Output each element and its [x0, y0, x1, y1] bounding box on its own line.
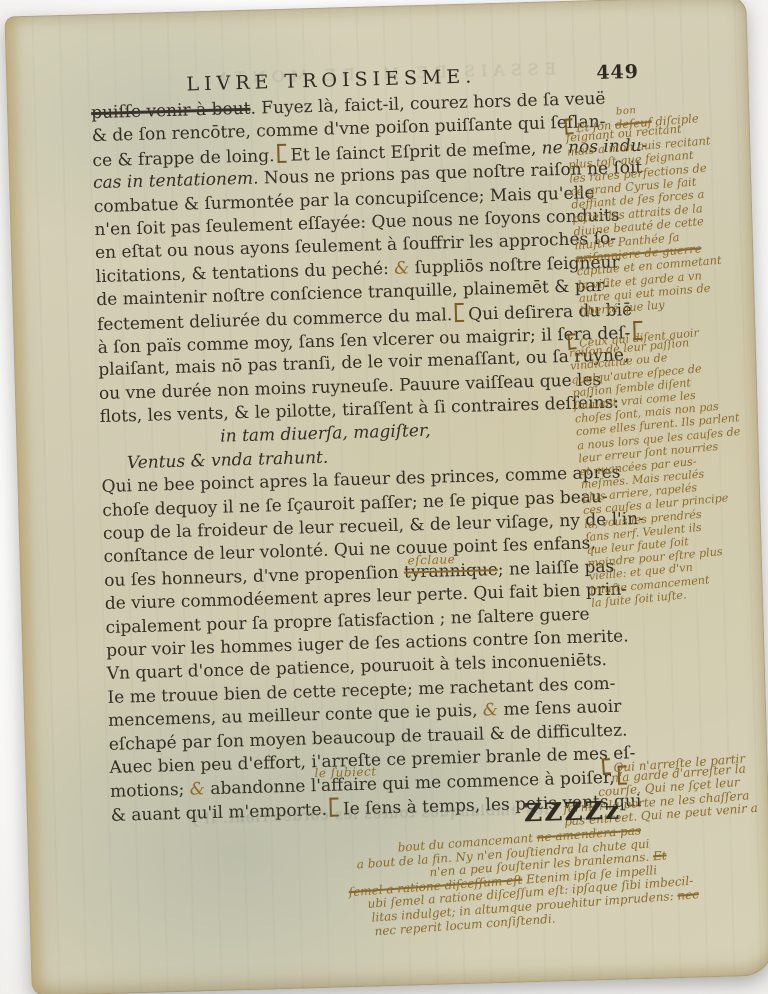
handwritten-correction: & — [483, 700, 499, 720]
text-segment: motions; — [110, 780, 190, 802]
page-number: 449 — [596, 61, 639, 84]
text-segment: Et — [652, 849, 667, 864]
handwritten-correction: & — [190, 780, 206, 800]
handwritten-correction: bon — [615, 104, 636, 119]
text-segment: me ſens auoir — [498, 697, 622, 720]
insertion-caret-mark — [602, 758, 611, 775]
margin-note-passion: Ceux qui diſent auoirraiſon de leur paſſ… — [567, 314, 768, 609]
text-segment: nec — [677, 887, 700, 903]
handwritten-correction: eſclaue — [407, 548, 455, 573]
bottom-note-latin: Qui n'arreſte le partirn'a garde d'arreſ… — [339, 745, 768, 941]
photo-background: ESSAIS DE M. DE MONTA. LIVRE TROISIESME.… — [0, 0, 768, 994]
margin-note-cyrus: Et ſon bondeſeuf diſciplefeignant ou rec… — [564, 101, 768, 319]
text-segment: cas in tentationem. — [93, 169, 264, 194]
handwritten-correction: & — [394, 258, 410, 278]
insertion-caret-mark — [277, 144, 287, 163]
text-segment: in tam diuerſa, magiſter, — [220, 421, 431, 447]
text-segment: puiſſe venir à bout — [91, 99, 251, 123]
text-segment: Ventus & vnda trahunt. — [127, 448, 329, 474]
printed-text-block: puiſſe venir à bout. Fuyez là, faict-il,… — [91, 89, 589, 827]
text-segment: abandonne — [205, 777, 312, 800]
insertion-caret-mark — [455, 302, 465, 321]
book-page: ESSAIS DE M. DE MONTA. LIVRE TROISIESME.… — [4, 0, 768, 994]
